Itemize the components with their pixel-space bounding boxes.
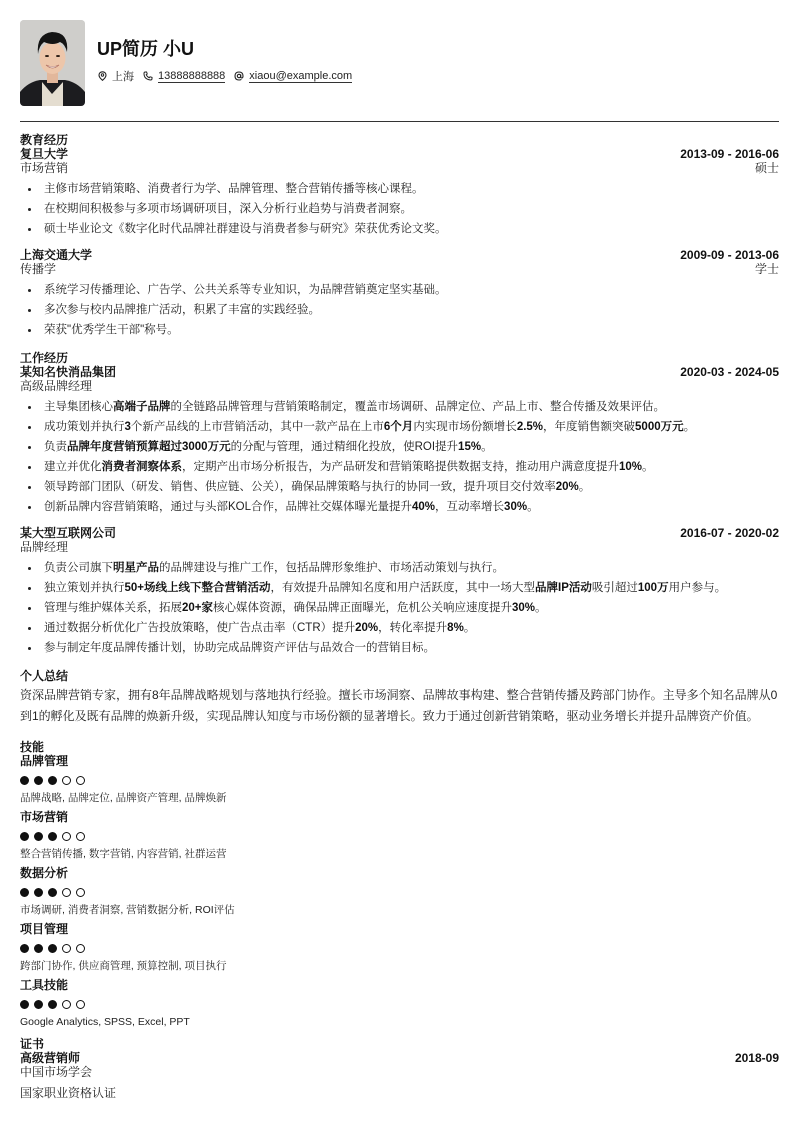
bullet-item: 通过数据分析优化广告投放策略，使广告点击率（CTR）提升20%，转化率提升8%。 — [20, 618, 779, 638]
bullet-item: 主导集团核心高端子品牌的全链路品牌管理与营销策略制定，覆盖市场调研、品牌定位、产… — [20, 397, 779, 417]
education-entry: 复旦大学 2013-09 - 2016-06 市场营销 硕士 主修市场营销策略、… — [20, 147, 779, 239]
empty-dot-icon — [62, 888, 71, 897]
school-name: 上海交通大学 — [20, 248, 92, 262]
empty-dot-icon — [62, 776, 71, 785]
work-section: 工作经历 某知名快消品集团 2020-03 - 2024-05 高级品牌经理 主… — [20, 351, 779, 658]
education-date: 2013-09 - 2016-06 — [680, 147, 779, 161]
bullet-item: 管理与维护媒体关系，拓展20+家核心媒体资源，确保品牌正面曝光，危机公关响应速度… — [20, 598, 779, 618]
empty-dot-icon — [76, 832, 85, 841]
filled-dot-icon — [20, 944, 29, 953]
major: 传播学 — [20, 262, 56, 277]
position: 高级品牌经理 — [20, 379, 779, 394]
filled-dot-icon — [48, 776, 57, 785]
bullet-item: 负责品牌年度营销预算超过3000万元的分配与管理，通过精细化投放，使ROI提升1… — [20, 437, 779, 457]
filled-dot-icon — [34, 944, 43, 953]
section-title-certificates: 证书 — [20, 1037, 779, 1051]
contact-location: 上海 — [97, 68, 134, 84]
certificates-section: 证书 高级营销师 2018-09 中国市场学会 国家职业资格认证 — [20, 1037, 779, 1101]
bullet-item: 硕士毕业论文《数字化时代品牌社群建设与消费者参与研究》荣获优秀论文奖。 — [20, 219, 779, 239]
filled-dot-icon — [20, 776, 29, 785]
section-title-education: 教育经历 — [20, 133, 779, 147]
skill-keywords: 品牌战略, 品牌定位, 品牌资产管理, 品牌焕新 — [20, 791, 779, 805]
skill-item: 项目管理跨部门协作, 供应商管理, 预算控制, 项目执行 — [20, 922, 779, 973]
certificate-issuer: 中国市场学会 — [20, 1065, 779, 1080]
contact-list: 上海 13888888888 xiaou@example.com — [97, 68, 361, 84]
certificate-entry: 高级营销师 2018-09 中国市场学会 国家职业资格认证 — [20, 1051, 779, 1101]
contact-phone: 13888888888 — [143, 70, 225, 83]
section-title-summary: 个人总结 — [20, 669, 779, 683]
skill-level-rating — [20, 776, 779, 785]
bullet-item: 建立并优化消费者洞察体系，定期产出市场分析报告，为产品研发和营销策略提供数据支持… — [20, 457, 779, 477]
filled-dot-icon — [20, 1000, 29, 1009]
filled-dot-icon — [48, 1000, 57, 1009]
education-bullets: 系统学习传播理论、广告学、公共关系等专业知识，为品牌营销奠定坚实基础。 多次参与… — [20, 280, 779, 340]
filled-dot-icon — [48, 832, 57, 841]
resume-page: UP简历 小U 上海 13888888888 — [0, 0, 799, 1101]
profile-photo-icon — [20, 20, 85, 106]
education-entry: 上海交通大学 2009-09 - 2013-06 传播学 学士 系统学习传播理论… — [20, 248, 779, 340]
skill-name: 品牌管理 — [20, 754, 779, 768]
skill-list: 品牌管理品牌战略, 品牌定位, 品牌资产管理, 品牌焕新市场营销整合营销传播, … — [20, 754, 779, 1029]
work-entry: 某大型互联网公司 2016-07 - 2020-02 品牌经理 负责公司旗下明星… — [20, 526, 779, 658]
work-entry: 某知名快消品集团 2020-03 - 2024-05 高级品牌经理 主导集团核心… — [20, 365, 779, 517]
skill-keywords: 市场调研, 消费者洞察, 营销数据分析, ROI评估 — [20, 903, 779, 917]
empty-dot-icon — [76, 888, 85, 897]
skill-keywords: 跨部门协作, 供应商管理, 预算控制, 项目执行 — [20, 959, 779, 973]
bullet-item: 创新品牌内容营销策略，通过与头部KOL合作，品牌社交媒体曝光量提升40%，互动率… — [20, 497, 779, 517]
bullet-item: 成功策划并执行3个新产品线的上市营销活动，其中一款产品在上市6个月内实现市场份额… — [20, 417, 779, 437]
email-link[interactable]: xiaou@example.com — [249, 70, 352, 83]
section-title-skills: 技能 — [20, 740, 779, 754]
summary-text: 资深品牌营销专家，拥有8年品牌战略规划与落地执行经验。擅长市场洞察、品牌故事构建… — [20, 685, 779, 727]
filled-dot-icon — [34, 1000, 43, 1009]
header-info: UP简历 小U 上海 13888888888 — [97, 38, 361, 84]
bullet-item: 独立策划并执行50+场线上线下整合营销活动，有效提升品牌知名度和用户活跃度，其中… — [20, 578, 779, 598]
skill-item: 市场营销整合营销传播, 数字营销, 内容营销, 社群运营 — [20, 810, 779, 861]
certificate-date: 2018-09 — [735, 1051, 779, 1065]
empty-dot-icon — [62, 944, 71, 953]
bullet-item: 多次参与校内品牌推广活动，积累了丰富的实践经验。 — [20, 300, 779, 320]
skill-item: 品牌管理品牌战略, 品牌定位, 品牌资产管理, 品牌焕新 — [20, 754, 779, 805]
filled-dot-icon — [20, 888, 29, 897]
skill-name: 工具技能 — [20, 978, 779, 992]
at-sign-icon — [234, 71, 244, 81]
skill-level-rating — [20, 1000, 779, 1009]
education-bullets: 主修市场营销策略、消费者行为学、品牌管理、整合营销传播等核心课程。 在校期间积极… — [20, 179, 779, 239]
skill-keywords: Google Analytics, SPSS, Excel, PPT — [20, 1015, 779, 1029]
certificate-name: 高级营销师 — [20, 1051, 80, 1065]
skill-keywords: 整合营销传播, 数字营销, 内容营销, 社群运营 — [20, 847, 779, 861]
empty-dot-icon — [76, 944, 85, 953]
resume-header: UP简历 小U 上海 13888888888 — [20, 20, 779, 106]
avatar — [20, 20, 85, 106]
location-text: 上海 — [112, 68, 134, 84]
work-bullets: 主导集团核心高端子品牌的全链路品牌管理与营销策略制定，覆盖市场调研、品牌定位、产… — [20, 397, 779, 517]
bullet-item: 负责公司旗下明星产品的品牌建设与推广工作，包括品牌形象维护、市场活动策划与执行。 — [20, 558, 779, 578]
bullet-item: 在校期间积极参与多项市场调研项目，深入分析行业趋势与消费者洞察。 — [20, 199, 779, 219]
filled-dot-icon — [20, 832, 29, 841]
phone-link[interactable]: 13888888888 — [158, 70, 225, 83]
skill-item: 工具技能Google Analytics, SPSS, Excel, PPT — [20, 978, 779, 1029]
education-date: 2009-09 - 2013-06 — [680, 248, 779, 262]
empty-dot-icon — [62, 832, 71, 841]
filled-dot-icon — [34, 776, 43, 785]
position: 品牌经理 — [20, 540, 779, 555]
filled-dot-icon — [34, 888, 43, 897]
major: 市场营销 — [20, 161, 68, 176]
work-bullets: 负责公司旗下明星产品的品牌建设与推广工作，包括品牌形象维护、市场活动策划与执行。… — [20, 558, 779, 658]
bullet-item: 系统学习传播理论、广告学、公共关系等专业知识，为品牌营销奠定坚实基础。 — [20, 280, 779, 300]
bullet-item: 参与制定年度品牌传播计划，协助完成品牌资产评估与品效合一的营销目标。 — [20, 638, 779, 658]
candidate-name: UP简历 小U — [97, 38, 361, 60]
empty-dot-icon — [62, 1000, 71, 1009]
filled-dot-icon — [34, 832, 43, 841]
certificate-description: 国家职业资格认证 — [20, 1086, 779, 1101]
contact-email: xiaou@example.com — [234, 70, 352, 83]
skill-name: 数据分析 — [20, 866, 779, 880]
work-date: 2020-03 - 2024-05 — [680, 365, 779, 379]
empty-dot-icon — [76, 776, 85, 785]
header-divider — [20, 121, 779, 122]
company-name: 某知名快消品集团 — [20, 365, 116, 379]
education-section: 教育经历 复旦大学 2013-09 - 2016-06 市场营销 硕士 主修市场… — [20, 133, 779, 340]
skill-level-rating — [20, 832, 779, 841]
school-name: 复旦大学 — [20, 147, 68, 161]
map-pin-icon — [97, 71, 107, 81]
bullet-item: 荣获"优秀学生干部"称号。 — [20, 320, 779, 340]
filled-dot-icon — [48, 944, 57, 953]
bullet-item: 主修市场营销策略、消费者行为学、品牌管理、整合营销传播等核心课程。 — [20, 179, 779, 199]
summary-section: 个人总结 资深品牌营销专家，拥有8年品牌战略规划与落地执行经验。擅长市场洞察、品… — [20, 669, 779, 727]
work-date: 2016-07 - 2020-02 — [680, 526, 779, 540]
skill-item: 数据分析市场调研, 消费者洞察, 营销数据分析, ROI评估 — [20, 866, 779, 917]
company-name: 某大型互联网公司 — [20, 526, 116, 540]
skill-level-rating — [20, 888, 779, 897]
skill-level-rating — [20, 944, 779, 953]
bullet-item: 领导跨部门团队（研发、销售、供应链、公关），确保品牌策略与执行的协同一致，提升项… — [20, 477, 779, 497]
skill-name: 市场营销 — [20, 810, 779, 824]
phone-icon — [143, 71, 153, 81]
degree: 硕士 — [755, 161, 779, 176]
skill-name: 项目管理 — [20, 922, 779, 936]
skills-section: 技能 品牌管理品牌战略, 品牌定位, 品牌资产管理, 品牌焕新市场营销整合营销传… — [20, 740, 779, 1029]
degree: 学士 — [755, 262, 779, 277]
filled-dot-icon — [48, 888, 57, 897]
empty-dot-icon — [76, 1000, 85, 1009]
section-title-work: 工作经历 — [20, 351, 779, 365]
